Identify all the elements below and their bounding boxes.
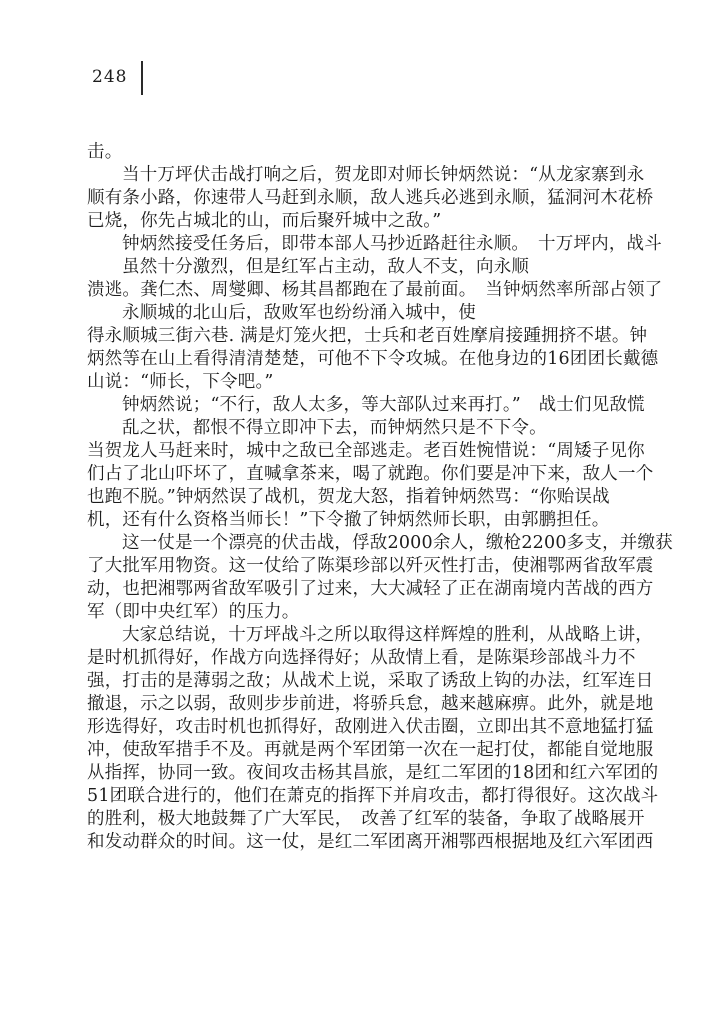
- book-page: 248 击。当十万坪伏击战打响之后，贺龙即对师长钟炳然说：“从龙家寨到永顺有条小…: [0, 0, 715, 1010]
- text-line: 51团联合进行的，他们在萧克的指挥下并肩攻击，都打得很好。这次战斗: [87, 785, 647, 808]
- text-line: 钟炳然接受任务后，即带本部人马抄近路赶往永顺。 十万坪内，战斗: [87, 233, 647, 256]
- text-line: 形选得好，攻击时机也抓得好，敌刚进入伏击圈，立即出其不意地猛打猛: [87, 716, 647, 739]
- text-line: 击。: [87, 141, 647, 164]
- text-line: 了大批军用物资。这一仗给了陈渠珍部以歼灭性打击，使湘鄂两省敌军震: [87, 555, 647, 578]
- text-line: 永顺城的北山后，敌败军也纷纷涌入城中，使: [87, 302, 647, 325]
- page-number-divider: [141, 61, 143, 95]
- text-line: 钟炳然说；“不行，敌人太多，等大部队过来再打。” 战士们见敌慌: [87, 394, 647, 417]
- text-line: 是时机抓得好，作战方向选择得好；从敌情上看，是陈渠珍部战斗力不: [87, 647, 647, 670]
- text-line: 这一仗是一个漂亮的伏击战，俘敌2000余人，缴枪2200多支，并缴获: [87, 532, 647, 555]
- text-line: 冲，使敌军措手不及。再就是两个军团第一次在一起打仗，都能自觉地服: [87, 739, 647, 762]
- body-text: 击。当十万坪伏击战打响之后，贺龙即对师长钟炳然说：“从龙家寨到永顺有条小路，你速…: [87, 141, 647, 854]
- text-line: 们占了北山吓坏了，直喊拿茶来，喝了就跑。你们要是冲下来，敌人一个: [87, 463, 647, 486]
- text-line: 炳然等在山上看得清清楚楚，可他不下令攻城。在他身边的16团团长戴德: [87, 348, 647, 371]
- text-line: 动，也把湘鄂两省敌军吸引了过来，大大减轻了正在湖南境内苦战的西方: [87, 578, 647, 601]
- text-line: 得永顺城三街六巷. 满是灯笼火把，士兵和老百姓摩肩接踵拥挤不堪。钟: [87, 325, 647, 348]
- text-line: 撤退，示之以弱，敌则步步前进，将骄兵怠，越来越麻痹。此外，就是地: [87, 693, 647, 716]
- text-line: 顺有条小路，你速带人马赶到永顺，敌人逃兵必逃到永顺，猛洞河木花桥: [87, 187, 647, 210]
- text-line: 机，还有什么资格当师长！”下令撤了钟炳然师长职，由郭鹏担任。: [87, 509, 647, 532]
- text-line: 也跑不脱。”钟炳然误了战机，贺龙大怒，指着钟炳然骂：“你贻误战: [87, 486, 647, 509]
- text-line: 乱之状，都恨不得立即冲下去，而钟炳然只是不下令。: [87, 417, 647, 440]
- text-line: 强，打击的是薄弱之敌；从战术上说，采取了诱敌上钩的办法，红军连日: [87, 670, 647, 693]
- text-line: 大家总结说，十万坪战斗之所以取得这样辉煌的胜利，从战略上讲，: [87, 624, 647, 647]
- text-line: 当十万坪伏击战打响之后，贺龙即对师长钟炳然说：“从龙家寨到永: [87, 164, 647, 187]
- text-line: 的胜利，极大地鼓舞了广大军民， 改善了红军的装备，争取了战略展开: [87, 808, 647, 831]
- text-line: 溃逃。龚仁杰、周燮卿、杨其昌都跑在了最前面。 当钟炳然率所部占领了: [87, 279, 647, 302]
- page-header: 248: [92, 60, 143, 94]
- text-line: 和发动群众的时间。这一仗，是红二军团离开湘鄂西根据地及红六军团西: [87, 831, 647, 854]
- text-line: 当贺龙人马赶来时，城中之敌已全部逃走。老百姓惋惜说：“周矮子见你: [87, 440, 647, 463]
- page-number: 248: [92, 69, 127, 86]
- text-line: 虽然十分激烈，但是红军占主动，敌人不支，向永顺: [87, 256, 647, 279]
- text-line: 军（即中央红军）的压力。: [87, 601, 647, 624]
- text-line: 从指挥，协同一致。夜间攻击杨其昌旅，是红二军团的18团和红六军团的: [87, 762, 647, 785]
- text-line: 已烧，你先占城北的山，而后聚歼城中之敌。”: [87, 210, 647, 233]
- text-line: 山说：“师长，下令吧。”: [87, 371, 647, 394]
